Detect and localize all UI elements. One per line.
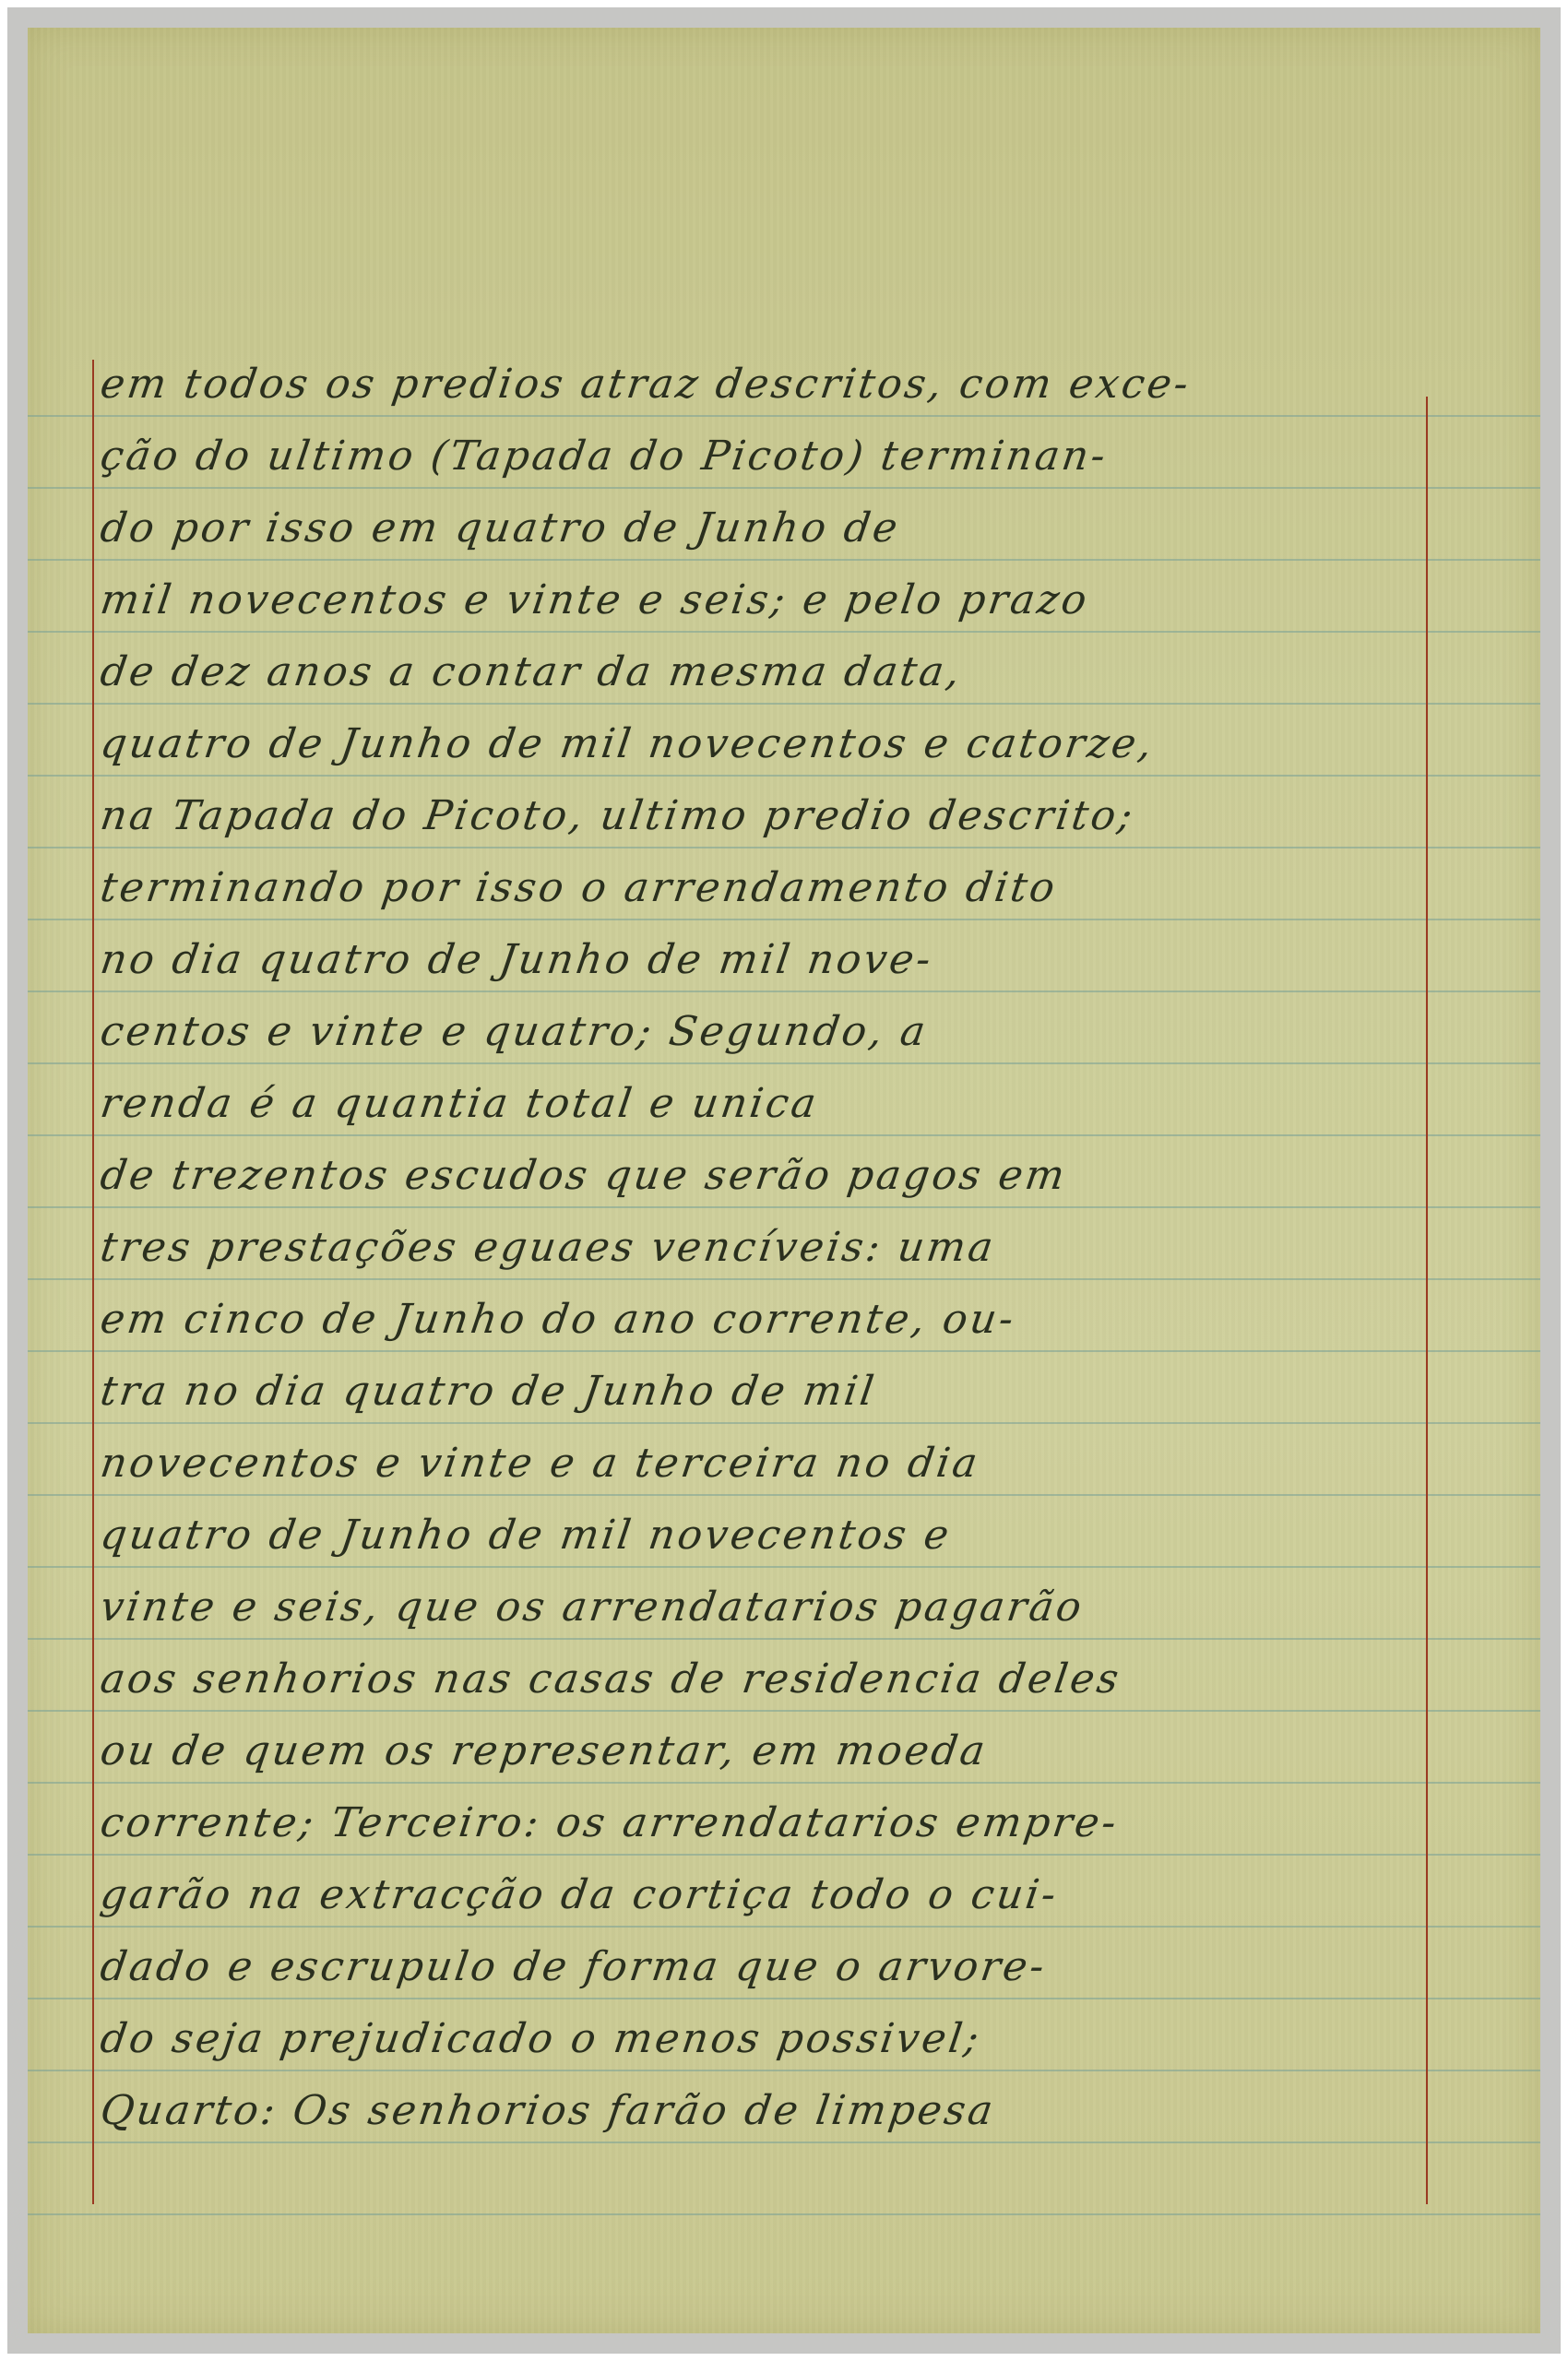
- text-line: corrente; Terceiro: os arrendatarios emp…: [97, 1782, 1444, 1854]
- text-line: em cinco de Junho do ano corrente, ou-: [97, 1278, 1444, 1350]
- ruled-line: [28, 2213, 1540, 2215]
- text-line: de trezentos escudos que serão pagos em: [97, 1134, 1444, 1206]
- text-line: garão na extracção da cortiça todo o cui…: [97, 1854, 1444, 1926]
- text-line: dado e escrupulo de forma que o arvore-: [97, 1926, 1444, 1998]
- text-line: vinte e seis, que os arrendatarios pagar…: [97, 1566, 1444, 1638]
- text-line: mil novecentos e vinte e seis; e pelo pr…: [97, 559, 1444, 631]
- text-line: ção do ultimo (Tapada do Picoto) termina…: [97, 415, 1444, 487]
- text-line: novecentos e vinte e a terceira no dia: [97, 1422, 1444, 1494]
- text-line: aos senhorios nas casas de residencia de…: [97, 1638, 1444, 1710]
- text-line: centos e vinte e quatro; Segundo, a: [97, 991, 1444, 1062]
- text-line: de dez anos a contar da mesma data,: [97, 631, 1444, 703]
- text-line: quatro de Junho de mil novecentos e cato…: [97, 703, 1444, 775]
- text-line: do seja prejudicado o menos possivel;: [97, 1998, 1444, 2070]
- text-line: tra no dia quatro de Junho de mil: [97, 1350, 1444, 1422]
- text-line: terminando por isso o arrendamento dito: [97, 847, 1444, 919]
- manuscript-page: em todos os predios atraz descritos, com…: [28, 28, 1540, 2333]
- text-line: quatro de Junho de mil novecentos e: [97, 1494, 1444, 1566]
- ruled-line: [28, 2142, 1540, 2143]
- text-line: ou de quem os representar, em moeda: [97, 1710, 1444, 1782]
- text-line: tres prestações eguaes vencíveis: uma: [97, 1206, 1444, 1278]
- text-line: do por isso em quatro de Junho de: [97, 487, 1444, 559]
- text-line: na Tapada do Picoto, ultimo predio descr…: [97, 775, 1444, 847]
- text-line: renda é a quantia total e unica: [97, 1062, 1444, 1134]
- text-line: em todos os predios atraz descritos, com…: [97, 343, 1444, 415]
- text-line: Quarto: Os senhorios farão de limpesa: [97, 2070, 1444, 2142]
- text-line: no dia quatro de Junho de mil nove-: [97, 919, 1444, 991]
- left-margin-line: [92, 360, 94, 2204]
